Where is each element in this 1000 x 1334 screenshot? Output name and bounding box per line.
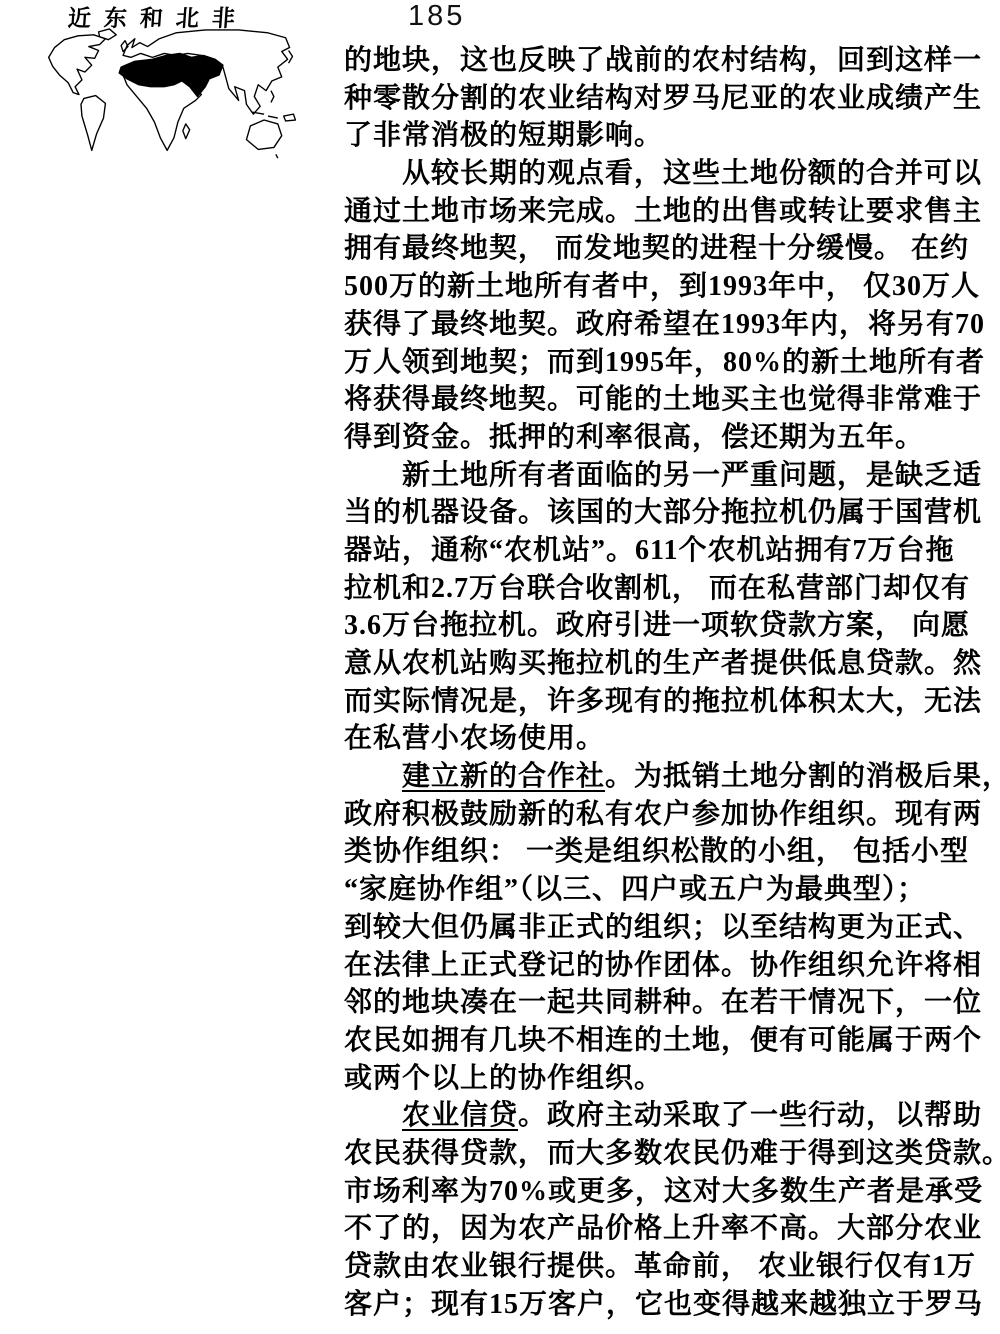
text-line: 万人领到地契；而到1995年，80%的新土地所有者: [344, 344, 994, 382]
line-text: 获得了最终地契。政府希望在1993年内，将另有70: [344, 309, 985, 340]
text-line: 3.6万台拖拉机。政府引进一项软贷款方案， 向愿: [344, 607, 994, 645]
text-line: 贷款由农业银行提供。革命前， 农业银行仅有1万: [344, 1248, 994, 1286]
text-line: 不了的，因为农产品价格上升率不高。大部分农业: [344, 1210, 994, 1248]
line-text: 农民如拥有几块不相连的土地，便有可能属于两个: [344, 1025, 982, 1056]
text-line: 种零散分割的农业结构对罗马尼亚的农业成绩产生: [344, 80, 994, 118]
line-text: 从较长期的观点看，这些土地份额的合并可以: [402, 158, 982, 189]
line-text: 类协作组织： 一类是组织松散的小组， 包括小型: [344, 836, 969, 867]
line-text: 拥有最终地契， 而发地契的进程十分缓慢。 在约: [344, 233, 969, 264]
text-line: 新土地所有者面临的另一严重问题，是缺乏适: [344, 457, 994, 495]
text-line: “家庭协作组”（以三、四户或五户为最典型）；: [344, 871, 994, 909]
line-text: 将获得最终地契。可能的土地买主也觉得非常难于: [344, 384, 982, 415]
line-text: 。为抵销土地分割的消极后果，: [605, 761, 1000, 792]
text-line: 了非常消极的短期影响。: [344, 117, 994, 155]
text-line: 从较长期的观点看，这些土地份额的合并可以: [344, 155, 994, 193]
line-text: 市场利率为70%或更多，这对大多数生产者是承受: [344, 1176, 983, 1207]
line-text: 500万的新土地所有者中，到1993年中， 仅30万人: [344, 271, 980, 302]
text-line: 政府积极鼓励新的私有农户参加协作组织。现有两: [344, 796, 994, 834]
text-line: 器站，通称“农机站”。611个农机站拥有7万台拖: [344, 532, 994, 570]
line-text: 。政府主动采取了一些行动，以帮助: [518, 1100, 982, 1131]
world-map-near-east-north-africa-icon: [34, 26, 314, 168]
text-line: 而实际情况是，许多现有的拖拉机体积太大，无法: [344, 683, 994, 721]
text-line: 或两个以上的协作组织。: [344, 1060, 994, 1098]
line-text: 的地块，这也反映了战前的农村结构，回到这样一: [344, 45, 982, 76]
text-line: 的地块，这也反映了战前的农村结构，回到这样一: [344, 42, 994, 80]
text-line: 客户；现有15万客户，它也变得越来越独立于罗马: [344, 1286, 994, 1324]
line-text: 邻的地块凑在一起共同耕种。在若干情况下，一位: [344, 987, 982, 1018]
line-text: 万人领到地契；而到1995年，80%的新土地所有者: [344, 347, 985, 378]
text-line: 农民如拥有几块不相连的土地，便有可能属于两个: [344, 1022, 994, 1060]
line-text: 新土地所有者面临的另一严重问题，是缺乏适: [402, 460, 982, 491]
text-line: 到较大但仍属非正式的组织；以至结构更为正式、: [344, 909, 994, 947]
line-text: 在私营小农场使用。: [344, 723, 605, 754]
line-text: 得到资金。抵押的利率很高，偿还期为五年。: [344, 422, 924, 453]
text-line: 在私营小农场使用。: [344, 720, 994, 758]
line-text: 不了的，因为农产品价格上升率不高。大部分农业: [344, 1213, 982, 1244]
line-text: 意从农机站购买拖拉机的生产者提供低息贷款。然: [344, 648, 982, 679]
line-text: 农民获得贷款，而大多数农民仍难于得到这类贷款。: [344, 1138, 1000, 1169]
line-text: 通过土地市场来完成。土地的出售或转让要求售主: [344, 196, 982, 227]
text-line: 将获得最终地契。可能的土地买主也觉得非常难于: [344, 381, 994, 419]
line-text: 种零散分割的农业结构对罗马尼亚的农业成绩产生: [344, 83, 982, 114]
text-line: 通过土地市场来完成。土地的出售或转让要求售主: [344, 193, 994, 231]
line-text: 政府积极鼓励新的私有农户参加协作组织。现有两: [344, 799, 982, 830]
text-line: 意从农机站购买拖拉机的生产者提供低息贷款。然: [344, 645, 994, 683]
text-line: 获得了最终地契。政府希望在1993年内，将另有70: [344, 306, 994, 344]
line-text: 或两个以上的协作组织。: [344, 1063, 663, 1094]
text-line: 得到资金。抵押的利率很高，偿还期为五年。: [344, 419, 994, 457]
line-text: 到较大但仍属非正式的组织；以至结构更为正式、: [344, 912, 982, 943]
line-text: 贷款由农业银行提供。革命前， 农业银行仅有1万: [344, 1251, 976, 1282]
text-line: 农民获得贷款，而大多数农民仍难于得到这类贷款。: [344, 1135, 994, 1173]
page-number: 185: [408, 0, 465, 33]
line-text: 3.6万台拖拉机。政府引进一项软贷款方案， 向愿: [344, 610, 970, 641]
line-text: 了非常消极的短期影响。: [344, 120, 663, 151]
line-text: 当的机器设备。该国的大部分拖拉机仍属于国营机: [344, 497, 982, 528]
text-line: 建立新的合作社。为抵销土地分割的消极后果，: [344, 758, 994, 796]
line-text: 在法律上正式登记的协作团体。协作组织允许将相: [344, 950, 982, 981]
text-line: 市场利率为70%或更多，这对大多数生产者是承受: [344, 1173, 994, 1211]
text-line: 邻的地块凑在一起共同耕种。在若干情况下，一位: [344, 984, 994, 1022]
book-page: { "page": { "number": "185" }, "header":…: [0, 0, 1000, 1334]
text-line: 农业信贷。政府主动采取了一些行动，以帮助: [344, 1097, 994, 1135]
section-heading: 建立新的合作社: [402, 761, 605, 792]
line-text: 客户；现有15万客户，它也变得越来越独立于罗马: [344, 1289, 983, 1320]
line-text: 而实际情况是，许多现有的拖拉机体积太大，无法: [344, 686, 982, 717]
line-text: 器站，通称“农机站”。611个农机站拥有7万台拖: [344, 535, 954, 566]
text-line: 500万的新土地所有者中，到1993年中， 仅30万人: [344, 268, 994, 306]
body-text: 的地块，这也反映了战前的农村结构，回到这样一种零散分割的农业结构对罗马尼亚的农业…: [344, 42, 994, 1323]
text-line: 类协作组织： 一类是组织松散的小组， 包括小型: [344, 833, 994, 871]
line-text: “家庭协作组”（以三、四户或五户为最典型）；: [344, 874, 926, 905]
text-line: 拉机和2.7万台联合收割机， 而在私营部门却仅有: [344, 570, 994, 608]
text-line: 拥有最终地契， 而发地契的进程十分缓慢。 在约: [344, 230, 994, 268]
text-line: 当的机器设备。该国的大部分拖拉机仍属于国营机: [344, 494, 994, 532]
line-text: 拉机和2.7万台联合收割机， 而在私营部门却仅有: [344, 573, 970, 604]
text-line: 在法律上正式登记的协作团体。协作组织允许将相: [344, 947, 994, 985]
section-heading: 农业信贷: [402, 1100, 518, 1131]
